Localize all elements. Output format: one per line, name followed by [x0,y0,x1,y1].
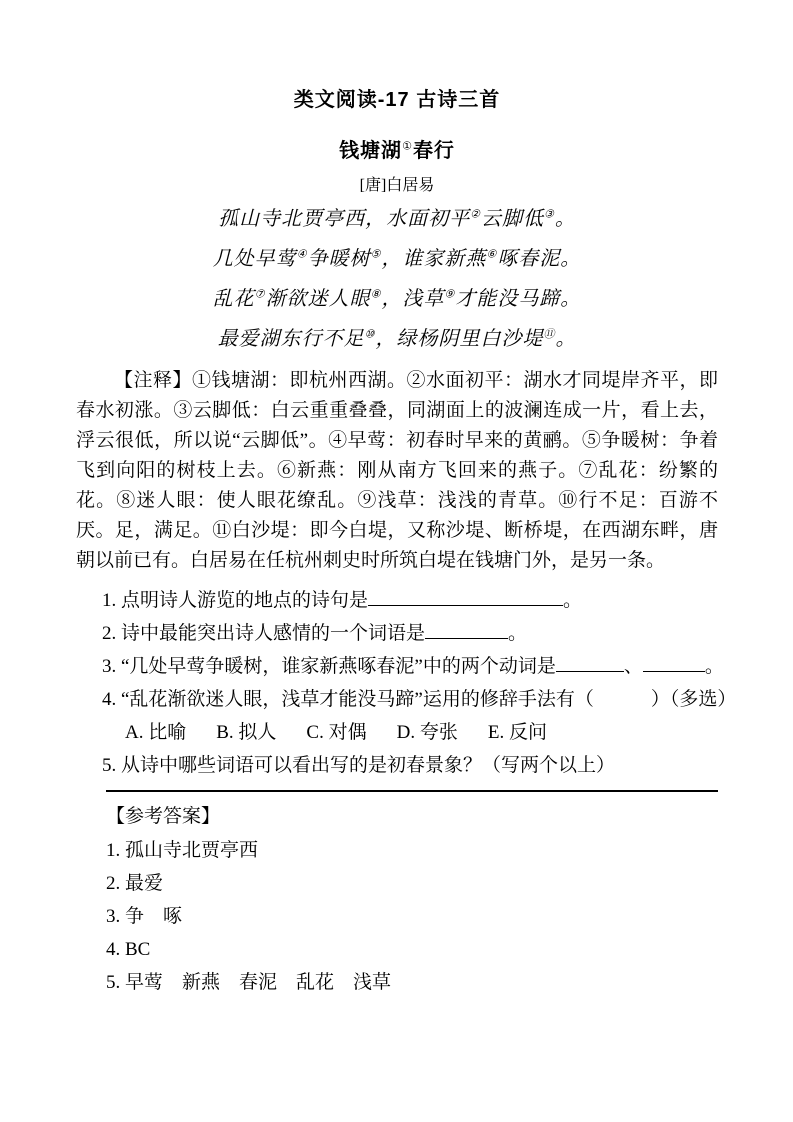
poem-text: ，浅草 [381,288,444,310]
answer-5: 5. 早莺 新燕 春泥 乱花 浅草 [106,972,718,993]
poem-title-text: 春行 [413,140,455,162]
superscript-note-ref: ⑧ [371,288,382,300]
superscript-note-ref: ② [470,208,481,220]
answer-4: 4. BC [106,939,718,960]
poem-line-3: 乱花⑦渐欲迷人眼⑧，浅草⑨才能没马蹄。 [76,286,718,312]
poem-text: 才能没马蹄。 [455,288,581,310]
superscript-note-ref: ③ [544,208,555,220]
answer-3: 3. 争 啄 [106,906,718,927]
question-3-blank-2 [643,653,705,672]
poem-text: 。 [555,328,576,350]
section-divider [106,790,718,792]
questions-section: 1. 点明诗人游览的地点的诗句是。 2. 诗中最能突出诗人感情的一个词语是。 3… [76,584,718,782]
poem-text: 乱花 [213,288,255,310]
worksheet-page: 类文阅读-17 古诗三首 钱塘湖①春行 [唐]白居易 孤山寺北贾亭西，水面初平②… [0,0,793,1122]
poem-text: 最爱湖东行不足 [218,328,365,350]
answer-2: 2. 最爱 [106,873,718,894]
question-4: 4. “乱花渐欲迷人眼，浅草才能没马蹄”运用的修辞手法有（ ）（多选） [102,683,718,716]
answer-1: 1. 孤山寺北贾亭西 [106,840,718,861]
poem-text: 几处早莺 [213,248,297,270]
question-3-separator: 、 [624,656,643,677]
poem-text: 云脚低 [481,208,544,230]
question-5: 5. 从诗中哪些词语可以看出写的是初春景象？（写两个以上） [102,749,718,782]
question-1-period: 。 [563,590,582,611]
poem-line-1: 孤山寺北贾亭西，水面初平②云脚低③。 [76,206,718,232]
superscript-note-ref: ⑩ [365,328,376,340]
option-c: C. 对偶 [306,716,366,749]
option-a: A. 比喻 [125,716,186,749]
poem-line-4: 最爱湖东行不足⑩，绿杨阴里白沙堤⑪。 [76,326,718,352]
question-2: 2. 诗中最能突出诗人感情的一个词语是。 [102,617,718,650]
answers-section: 【参考答案】 1. 孤山寺北贾亭西 2. 最爱 3. 争 啄 4. BC 5. … [76,806,718,993]
superscript-note-ref: ⑥ [486,248,497,260]
question-1-text: 1. 点明诗人游览的地点的诗句是 [102,590,368,611]
question-1-blank [368,587,563,606]
poem-line-2: 几处早莺④争暖树⑤，谁家新燕⑥啄春泥。 [76,246,718,272]
question-4-options: A. 比喻 B. 拟人 C. 对偶 D. 夸张 E. 反问 [102,716,718,749]
poem-title-text: 钱塘湖 [339,140,402,162]
poem-text: ，绿杨阴里白沙堤 [375,328,543,350]
superscript-note-ref: ① [402,140,413,152]
option-e: E. 反问 [488,716,547,749]
poem-text: 。 [555,208,576,230]
option-b: B. 拟人 [216,716,276,749]
question-3-text: 3. “几处早莺争暖树，谁家新燕啄春泥”中的两个动词是 [102,656,556,677]
poem-title: 钱塘湖①春行 [76,136,718,166]
question-3-blank-1 [556,653,624,672]
question-2-blank [425,620,508,639]
superscript-note-ref: ⑦ [255,288,266,300]
superscript-note-ref: ④ [297,248,308,260]
poem-text: 孤山寺北贾亭西，水面初平 [218,208,470,230]
superscript-note-ref: ⑨ [444,288,455,300]
poem-author: [唐]白居易 [76,176,718,196]
option-d: D. 夸张 [397,716,458,749]
page-title: 类文阅读-17 古诗三首 [76,88,718,112]
answers-header: 【参考答案】 [106,806,718,827]
question-3: 3. “几处早莺争暖树，谁家新燕啄春泥”中的两个动词是、。 [102,650,718,683]
poem-text: 争暖树 [308,248,371,270]
poem-text: 渐欲迷人眼 [266,288,371,310]
superscript-note-ref: ⑪ [543,328,555,340]
notes-paragraph: 【注释】①钱塘湖：即杭州西湖。②水面初平：湖水才同堤岸齐平，即春水初涨。③云脚低… [76,366,718,576]
question-2-text: 2. 诗中最能突出诗人感情的一个词语是 [102,623,425,644]
poem-text: ，谁家新燕 [381,248,486,270]
superscript-note-ref: ⑤ [371,248,382,260]
poem-text: 啄春泥。 [497,248,581,270]
question-1: 1. 点明诗人游览的地点的诗句是。 [102,584,718,617]
question-3-period: 。 [705,656,724,677]
poem-body: 孤山寺北贾亭西，水面初平②云脚低③。 几处早莺④争暖树⑤，谁家新燕⑥啄春泥。 乱… [76,206,718,352]
question-2-period: 。 [508,623,527,644]
